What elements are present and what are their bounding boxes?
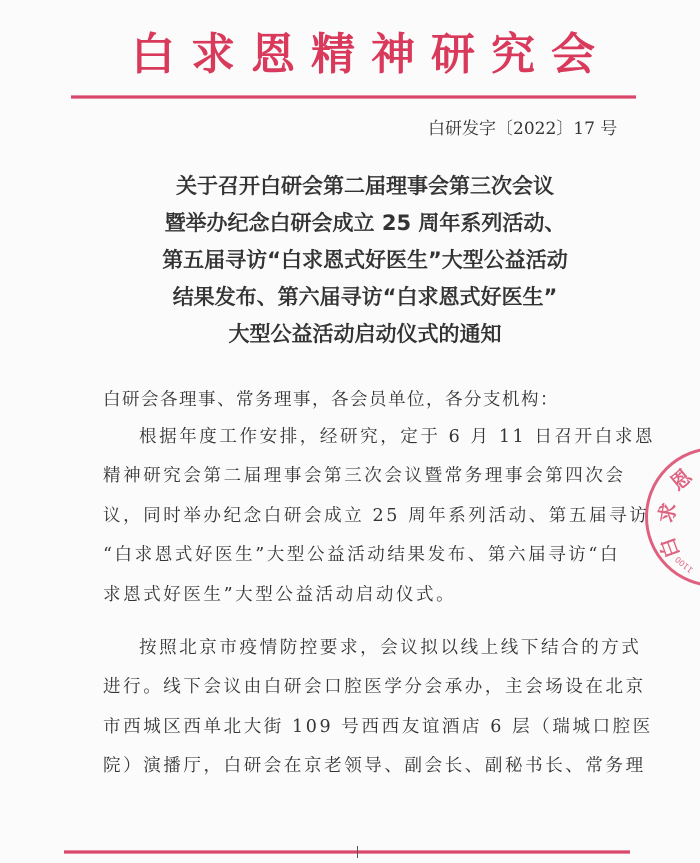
title-line: 关于召开白研会第二届理事会第三次会议 — [100, 168, 630, 205]
title-line: 第五届寻访“白求恩式好医生”大型公益活动 — [100, 242, 630, 279]
document-title: 关于召开白研会第二届理事会第三次会议 暨举办纪念白研会成立 25 周年系列活动、… — [100, 168, 630, 353]
letterhead-char: 究 — [488, 18, 538, 82]
title-line: 结果发布、第六届寻访“白求恩式好医生” — [100, 279, 630, 316]
body-line: 议，同时举办纪念白研会成立 25 周年系列活动、第五届寻访 — [103, 504, 649, 528]
letterhead-org-name: 白 求 恩 精 神 研 究 会 — [128, 22, 598, 78]
title-line: 大型公益活动启动仪式的通知 — [100, 316, 630, 353]
footer-divider-tick — [357, 846, 358, 858]
official-seal-stamp: 恩 求 白 1100 — [645, 447, 700, 587]
body-line: 进行。线下会议由白研会口腔医学分会承办，主会场设在北京 — [103, 675, 646, 699]
body-line: 院）演播厅，白研会在京老领导、副会长、副秘书长、常务理 — [103, 754, 646, 778]
letterhead-char: 精 — [308, 18, 358, 82]
body-line: “白求恩式好医生”大型公益活动结果发布、第六届寻访“白 — [103, 543, 620, 567]
body-line: 根据年度工作安排，经研究，定于 6 月 11 日召开白求恩 — [103, 425, 655, 449]
letterhead-divider — [71, 95, 636, 99]
letterhead-char: 白 — [128, 18, 178, 82]
letterhead-char: 求 — [188, 18, 238, 82]
letterhead-char: 研 — [428, 18, 478, 82]
stamp-digits: 1100 — [673, 555, 694, 575]
salutation: 白研会各理事、常务理事，各会员单位，各分支机构： — [103, 386, 559, 411]
body-line: 求恩式好医生”大型公益活动启动仪式。 — [103, 583, 456, 607]
stamp-char: 求 — [650, 500, 682, 525]
stamp-char: 恩 — [663, 461, 697, 496]
letterhead-char: 恩 — [248, 18, 298, 82]
body-line: 市西城区西单北大街 109 号西西友谊酒店 6 层（瑞城口腔医 — [103, 715, 653, 739]
footer-divider — [64, 850, 630, 854]
body-line: 精神研究会第二届理事会第三次会议暨常务理事会第四次会 — [103, 464, 626, 488]
body-line: 按照北京市疫情防控要求，会议拟以线上线下结合的方式 — [103, 636, 642, 660]
document-number: 白研发字〔2022〕17 号 — [428, 114, 617, 139]
letterhead-char: 神 — [368, 18, 418, 82]
title-line: 暨举办纪念白研会成立 25 周年系列活动、 — [100, 205, 630, 242]
letterhead-char: 会 — [548, 18, 598, 82]
